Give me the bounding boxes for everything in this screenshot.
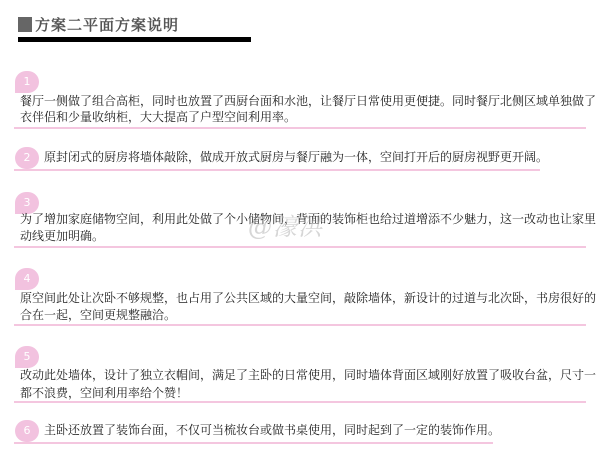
item-divider	[14, 169, 540, 171]
title-underline	[18, 37, 251, 42]
title-square-icon	[18, 17, 32, 32]
item-text-line: 原封闭式的厨房将墙体敲除，做成开放式厨房与餐厅融为一体，空间打开后的厨房视野更开…	[44, 148, 548, 167]
item-text-line: 衣伴侣和少量收纳柜，大大提高了户型空间利用率。	[20, 108, 600, 127]
item-divider	[14, 324, 586, 326]
item-text-line: 合在一起，空间更规整融洽。	[20, 306, 600, 325]
section-title-text: 方案二平面方案说明	[35, 14, 179, 35]
item-text-line: 动线更加明确。	[20, 227, 600, 246]
item-text-line: 改动此处墙体，设计了独立衣帽间，满足了主卧的日常使用，同时墙体背面区域刚好放置了…	[20, 366, 600, 385]
item-text-line: 主卧还放置了装饰台面，不仅可当梳妆台或做书桌使用，同时起到了一定的装饰作用。	[44, 421, 500, 440]
number-badge: 4	[15, 268, 39, 290]
item-divider	[14, 442, 493, 444]
item-divider	[14, 127, 586, 129]
number-badge: 5	[15, 346, 39, 368]
section-title: 方案二平面方案说明	[18, 14, 179, 35]
number-badge: 1	[15, 71, 39, 93]
item-divider	[14, 246, 586, 248]
item-divider	[14, 401, 586, 403]
number-badge: 2	[15, 147, 39, 169]
number-badge: 6	[15, 420, 39, 442]
